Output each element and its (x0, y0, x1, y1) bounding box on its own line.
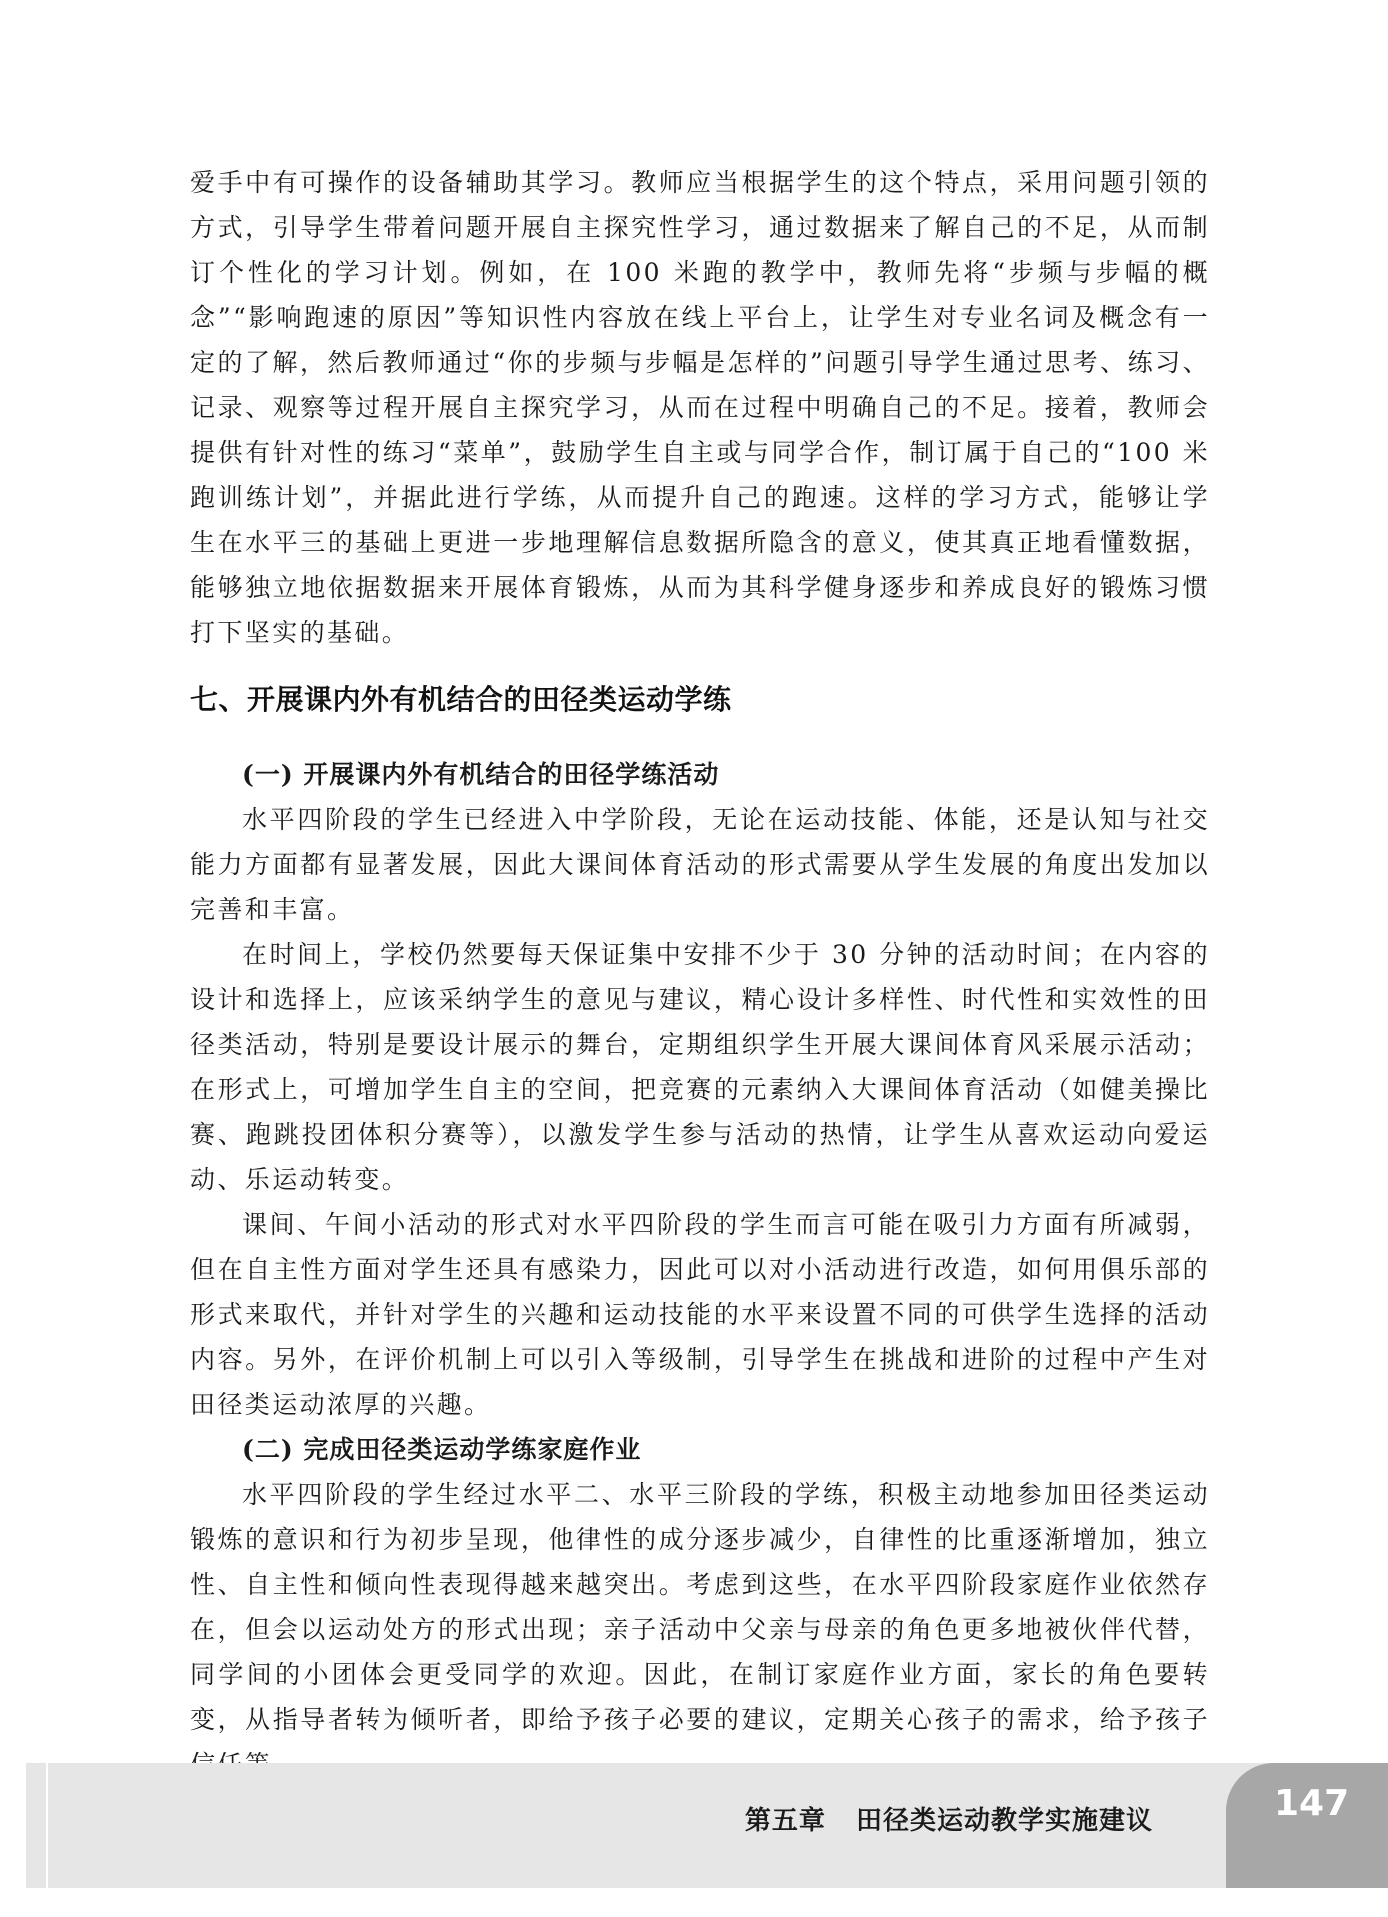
paragraph: 在时间上，学校仍然要每天保证集中安排不少于 30 分钟的活动时间；在内容的设计和… (190, 932, 1210, 1202)
page-number: 147 (1274, 1783, 1349, 1824)
page-footer: 第五章 田径类运动教学实施建议 147 (26, 1763, 1388, 1888)
chapter-title: 第五章 田径类运动教学实施建议 (745, 1800, 1153, 1837)
paragraph: 水平四阶段的学生经过水平二、水平三阶段的学练，积极主动地参加田径类运动锻炼的意识… (190, 1472, 1210, 1787)
intro-paragraph: 爱手中有可操作的设备辅助其学习。教师应当根据学生的这个特点，采用问题引领的方式，… (190, 160, 1210, 655)
subsection-heading-2: (二) 完成田径类运动学练家庭作业 (190, 1427, 1210, 1472)
paragraph: 水平四阶段的学生已经进入中学阶段，无论在运动技能、体能，还是认知与社交能力方面都… (190, 797, 1210, 932)
section-heading: 七、开展课内外有机结合的田径类运动学练 (190, 677, 1210, 722)
page-body: 爱手中有可操作的设备辅助其学习。教师应当根据学生的这个特点，采用问题引领的方式，… (190, 160, 1210, 1877)
page-number-tab: 147 (1226, 1763, 1388, 1888)
paragraph: 课间、午间小活动的形式对水平四阶段的学生而言可能在吸引力方面有所减弱，但在自主性… (190, 1202, 1210, 1427)
subsection-heading-1: (一) 开展课内外有机结合的田径学练活动 (190, 752, 1210, 797)
footer-divider (46, 1763, 48, 1888)
